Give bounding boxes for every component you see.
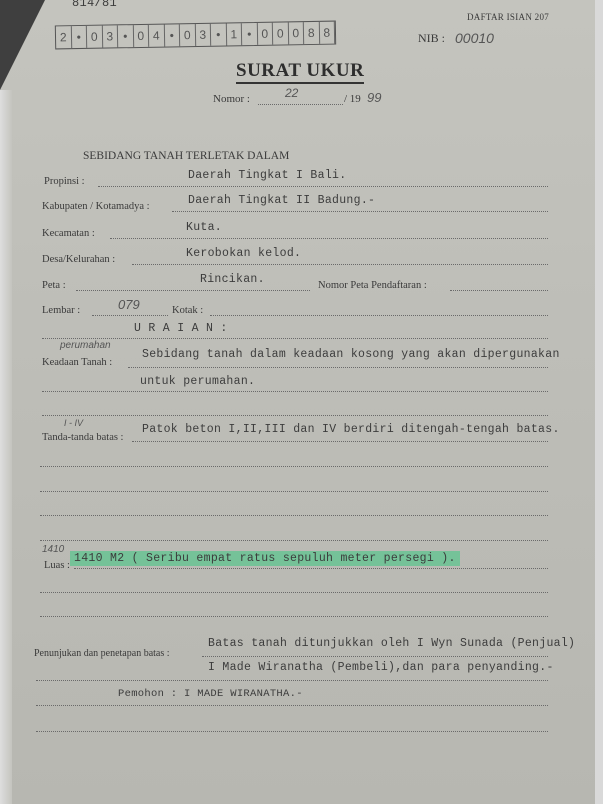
folded-corner-shadow — [0, 0, 45, 90]
keadaan-line-2 — [42, 391, 548, 392]
nomor-label: Nomor : — [213, 93, 250, 105]
code-cell: • — [71, 26, 87, 48]
code-cell: • — [164, 24, 180, 46]
kabupaten-label: Kabupaten / Kotamadya : — [42, 201, 150, 212]
code-cell: 0 — [273, 22, 289, 44]
luas-value: 1410 M2 ( Seribu empat ratus sepuluh met… — [70, 551, 460, 566]
uraian-line — [42, 338, 548, 339]
lembar-value: 079 — [118, 297, 140, 312]
keadaan-line-1 — [128, 367, 548, 368]
nomor-year-prefix: / 19 — [344, 93, 361, 105]
page-right-edge — [595, 0, 603, 804]
lembar-label: Lembar : — [42, 305, 80, 316]
code-cell: 3 — [102, 25, 118, 47]
blank-line — [40, 616, 548, 617]
luas-annotation: 1410 — [42, 544, 64, 555]
nib-value: 00010 — [455, 30, 494, 46]
keadaan-label: Keadaan Tanah : — [42, 357, 112, 368]
tanda-value: Patok beton I,II,III dan IV berdiri dite… — [142, 423, 560, 436]
code-cell: • — [242, 23, 258, 45]
keadaan-value-line-1: Sebidang tanah dalam keadaan kosong yang… — [142, 348, 560, 361]
penunjukan-value-line-1: Batas tanah ditunjukkan oleh I Wyn Sunad… — [208, 637, 575, 650]
kecamatan-line — [110, 238, 548, 239]
kecamatan-value: Kuta. — [186, 221, 222, 234]
blank-line — [40, 540, 548, 541]
nomor-year: 99 — [367, 90, 381, 105]
blank-line — [36, 731, 548, 732]
nomor-dotted-line — [258, 104, 343, 105]
blank-line — [40, 515, 548, 516]
code-cell: 0 — [257, 23, 273, 45]
kotak-label: Kotak : — [172, 305, 203, 316]
registration-code-boxes: 2 • 0 3 • 0 4 • 0 3 • 1 • 0 0 0 8 8 — [55, 21, 336, 50]
code-cell: 1 — [226, 23, 242, 45]
tanda-line — [132, 441, 548, 442]
tanda-annotation: I - IV — [64, 418, 83, 428]
lembar-line — [92, 315, 168, 316]
kecamatan-label: Kecamatan : — [42, 228, 95, 239]
kabupaten-line — [172, 211, 548, 212]
blank-line — [40, 491, 548, 492]
penunjukan-label: Penunjukan dan penetapan batas : — [34, 648, 170, 659]
keadaan-line-3 — [42, 415, 548, 416]
kotak-line — [210, 315, 548, 316]
scanned-page: 814/81 2 • 0 3 • 0 4 • 0 3 • 1 • 0 0 0 8… — [0, 0, 603, 804]
form-id: DAFTAR ISIAN 207 — [467, 12, 549, 22]
tanda-label: Tanda-tanda batas : — [42, 432, 123, 443]
desa-value: Kerobokan kelod. — [186, 247, 301, 260]
desa-label: Desa/Kelurahan : — [42, 254, 115, 265]
blank-line — [40, 466, 548, 467]
kabupaten-value: Daerah Tingkat II Badung.- — [188, 194, 375, 207]
desa-line — [132, 264, 548, 265]
code-cell: • — [118, 25, 134, 47]
code-cell: 2 — [56, 26, 72, 48]
pemohon-line — [36, 705, 548, 706]
code-cell: 8 — [319, 22, 335, 44]
keadaan-value-line-2: untuk perumahan. — [140, 375, 255, 388]
penunjukan-line-2 — [36, 680, 548, 681]
code-cell: 0 — [87, 26, 103, 48]
code-cell: 3 — [195, 24, 211, 46]
section-heading: SEBIDANG TANAH TERLETAK DALAM — [83, 150, 289, 162]
nomor-peta-label: Nomor Peta Pendaftaran : — [318, 280, 427, 291]
code-cell: 0 — [180, 24, 196, 46]
code-cell: 8 — [304, 22, 320, 44]
peta-line — [76, 290, 310, 291]
nib-label: NIB : — [418, 31, 445, 46]
propinsi-value: Daerah Tingkat I Bali. — [188, 169, 346, 182]
code-cell: 4 — [149, 25, 165, 47]
penunjukan-value-line-2: I Made Wiranatha (Pembeli),dan para peny… — [208, 661, 554, 674]
luas-label: Luas : — [44, 560, 70, 571]
luas-line — [74, 568, 548, 569]
code-cell: 0 — [133, 25, 149, 47]
peta-label: Peta : — [42, 280, 66, 291]
propinsi-label: Propinsi : — [44, 176, 85, 187]
uraian-heading: U R A I A N : — [134, 322, 228, 335]
propinsi-line — [98, 186, 548, 187]
code-cell: • — [211, 23, 227, 45]
blank-line — [40, 592, 548, 593]
page-left-edge — [0, 90, 12, 804]
top-reference-number: 814/81 — [72, 0, 117, 10]
nomor-value: 22 — [285, 86, 298, 100]
code-cell: 0 — [288, 22, 304, 44]
peta-value: Rincikan. — [200, 273, 265, 286]
penunjukan-line-1 — [202, 656, 548, 657]
nomor-peta-line — [450, 290, 548, 291]
pemohon: Pemohon : I MADE WIRANATHA.- — [118, 688, 303, 700]
document-title: SURAT UKUR — [236, 60, 364, 84]
keadaan-annotation: perumahan — [60, 340, 111, 351]
